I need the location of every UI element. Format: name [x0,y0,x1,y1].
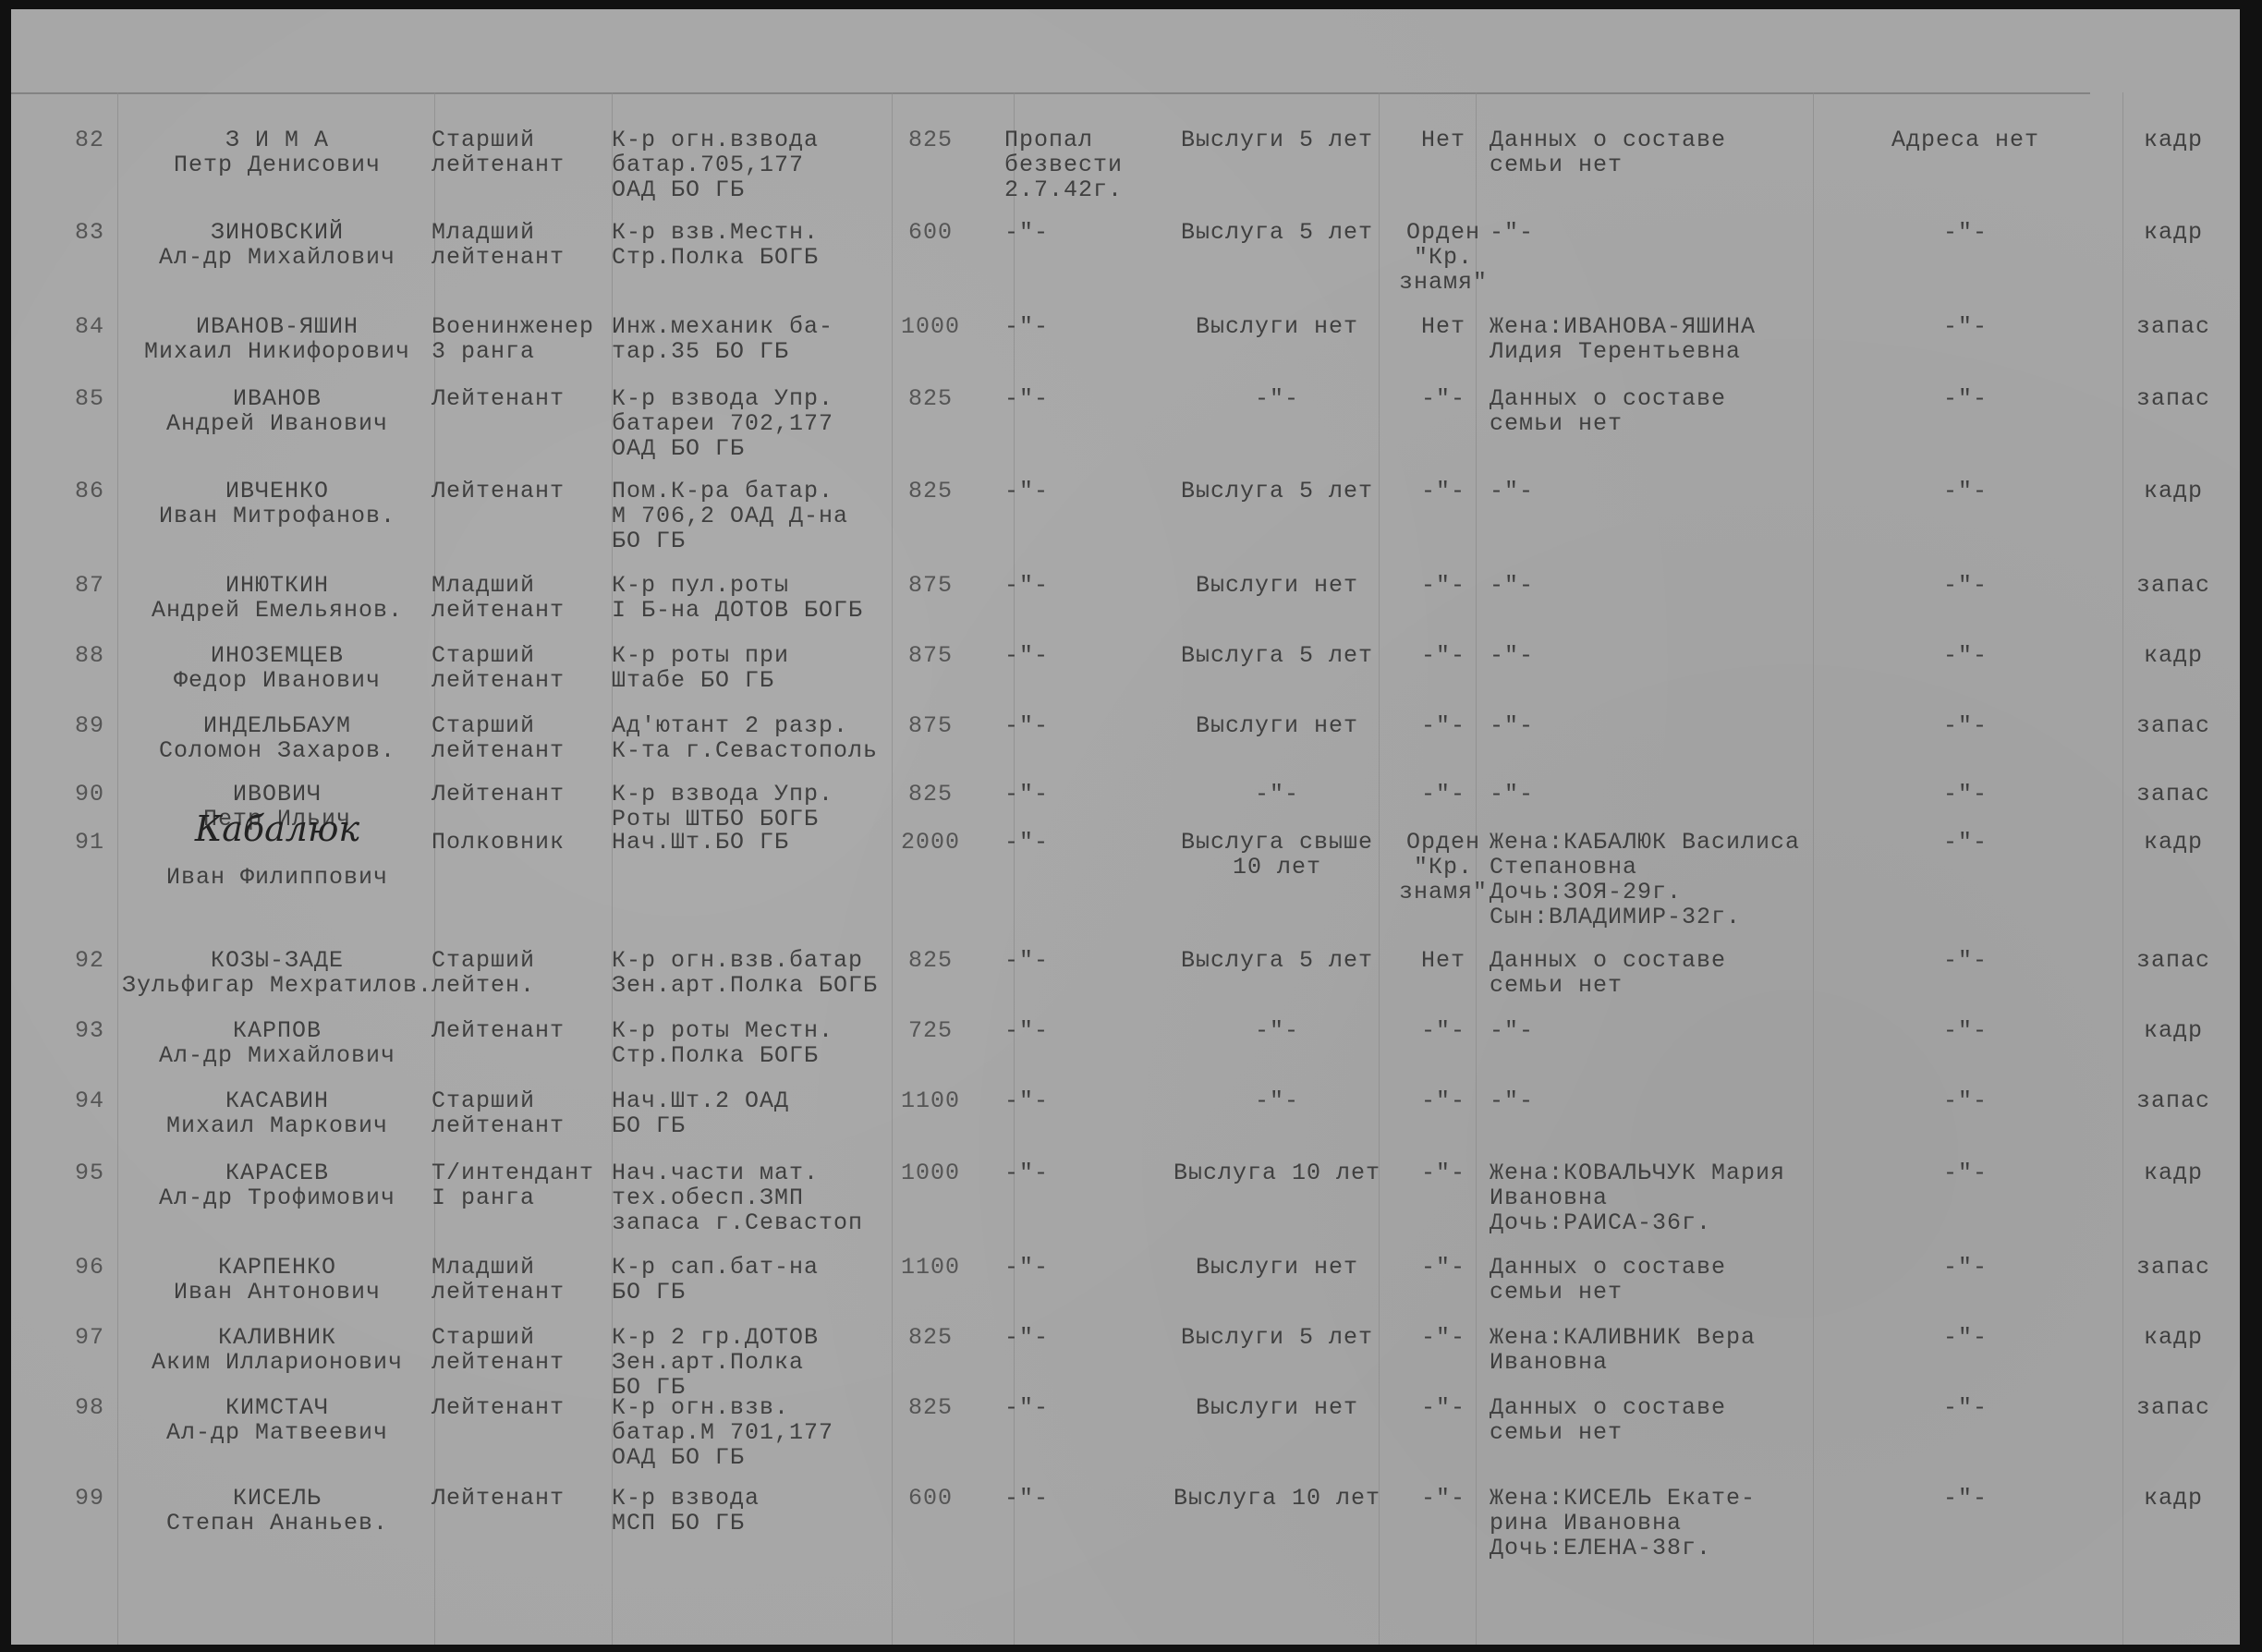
given-name: Ал-др Трофимович [120,1185,434,1210]
surname: КАРПЕНКО [120,1255,434,1280]
rank-cell: Старший лейтенант [432,128,616,177]
category-cell: кадр [2127,643,2219,668]
surname: ИНДЕЛЬБАУМ [120,713,434,738]
family-cell: -"- [1490,643,1822,668]
service-cell: Выслуга 5 лет [1157,220,1397,245]
salary-cell: 825 [875,1395,986,1420]
address-cell: -"- [1813,713,2118,738]
awards-cell: -"- [1392,1255,1494,1280]
position-cell: К-р роты Местн. Стр.Полка БОГБ [612,1018,917,1068]
family-cell: Данных о составе семьи нет [1490,386,1822,436]
address-cell: -"- [1813,948,2118,973]
salary-cell: 825 [875,479,986,504]
service-cell: Выслуга 5 лет [1157,948,1397,973]
no-cell: 99 [62,1486,117,1511]
surname: КАЛИВНИК [120,1325,434,1350]
rank-cell: Т/интендант I ранга [432,1160,616,1210]
status-cell: -"- [1004,713,1143,738]
awards-cell: Нет [1392,128,1494,152]
surname: КАСАВИН [120,1088,434,1113]
given-name: Степан Ананьев. [120,1511,434,1536]
address-cell: -"- [1813,314,2118,339]
address-cell: -"- [1813,1486,2118,1511]
service-cell: Выслуги нет [1157,1255,1397,1280]
status-cell: -"- [1004,220,1143,245]
surname: Кабалюк [120,817,434,842]
status-cell: -"- [1004,1395,1143,1420]
address-cell: -"- [1813,220,2118,245]
address-cell: -"- [1813,479,2118,504]
given-name: Соломон Захаров. [120,738,434,763]
no-cell: 86 [62,479,117,504]
family-cell: -"- [1490,220,1822,245]
given-name: Зульфигар Мехратилов. [120,973,434,998]
position-cell: Инж.механик ба- тар.35 БО ГБ [612,314,917,364]
rank-cell: Лейтенант [432,1018,616,1043]
status-cell: -"- [1004,479,1143,504]
no-cell: 88 [62,643,117,668]
awards-cell: Орден "Кр. знамя" [1392,830,1494,905]
service-cell: Выслуги нет [1157,713,1397,738]
surname: ИНЮТКИН [120,573,434,598]
no-cell: 82 [62,128,117,152]
table-top-rule [11,92,2090,94]
salary-cell: 2000 [875,830,986,855]
family-cell: Жена:КОВАЛЬЧУК Мария Ивановна Дочь:РАИСА… [1490,1160,1822,1235]
rank-cell: Лейтенант [432,1395,616,1420]
surname: КИСЕЛЬ [120,1486,434,1511]
awards-cell: -"- [1392,1486,1494,1511]
surname: КИМСТАЧ [120,1395,434,1420]
position-cell: Нач.части мат. тех.обесп.ЗМП запаса г.Се… [612,1160,917,1235]
salary-cell: 875 [875,643,986,668]
family-cell: Данных о составе семьи нет [1490,948,1822,998]
address-cell: -"- [1813,386,2118,411]
salary-cell: 1100 [875,1255,986,1280]
awards-cell: Нет [1392,948,1494,973]
salary-cell: 825 [875,782,986,807]
awards-cell: -"- [1392,1018,1494,1043]
given-name: Иван Митрофанов. [120,504,434,528]
no-cell: 85 [62,386,117,411]
position-cell: К-р огн.взвода батар.705,177 ОАД БО ГБ [612,128,917,202]
service-cell: Выслуга 10 лет [1157,1486,1397,1511]
surname: ИНОЗЕМЦЕВ [120,643,434,668]
service-cell: Выслуги нет [1157,1395,1397,1420]
surname: КАРАСЕВ [120,1160,434,1185]
service-cell: Выслуга 5 лет [1157,643,1397,668]
awards-cell: -"- [1392,1325,1494,1350]
surname: З И М А [120,128,434,152]
service-cell: -"- [1157,1088,1397,1113]
address-cell: -"- [1813,1018,2118,1043]
awards-cell: -"- [1392,1160,1494,1185]
category-cell: кадр [2127,128,2219,152]
position-cell: Нач.Шт.БО ГБ [612,830,917,855]
no-cell: 94 [62,1088,117,1113]
position-cell: К-р пул.роты I Б-на ДОТОВ БОГБ [612,573,917,623]
rank-cell: Военинженер 3 ранга [432,314,616,364]
address-cell: -"- [1813,1160,2118,1185]
address-cell: -"- [1813,1395,2118,1420]
no-cell: 97 [62,1325,117,1350]
no-cell: 96 [62,1255,117,1280]
salary-cell: 1000 [875,314,986,339]
given-name: Михаил Маркович [120,1113,434,1138]
status-cell: Пропал безвести 2.7.42г. [1004,128,1143,202]
status-cell: -"- [1004,1325,1143,1350]
given-name: Иван Антонович [120,1280,434,1305]
service-cell: Выслуги 5 лет [1157,128,1397,152]
given-name: Петр Денисович [120,152,434,177]
salary-cell: 825 [875,386,986,411]
status-cell: -"- [1004,782,1143,807]
category-cell: запас [2127,1395,2219,1420]
salary-cell: 875 [875,573,986,598]
given-name: Ал-др Михайлович [120,245,434,270]
service-cell: Выслуги нет [1157,573,1397,598]
address-cell: -"- [1813,1325,2118,1350]
given-name: Андрей Иванович [120,411,434,436]
category-cell: кадр [2127,1160,2219,1185]
service-cell: -"- [1157,1018,1397,1043]
position-cell: К-р роты при Штабе БО ГБ [612,643,917,693]
family-cell: -"- [1490,713,1822,738]
family-cell: -"- [1490,1018,1822,1043]
no-cell: 98 [62,1395,117,1420]
address-cell: Адреса нет [1813,128,2118,152]
category-cell: кадр [2127,479,2219,504]
position-cell: Ад'ютант 2 разр. К-та г.Севастополь [612,713,917,763]
status-cell: -"- [1004,1088,1143,1113]
family-cell: Жена:КАЛИВНИК Вера Ивановна [1490,1325,1822,1375]
surname: ИВОВИЧ [120,782,434,807]
awards-cell: -"- [1392,1088,1494,1113]
family-cell: Жена:КИСЕЛЬ Екате- рина Ивановна Дочь:ЕЛ… [1490,1486,1822,1561]
address-cell: -"- [1813,573,2118,598]
rank-cell: Старший лейтенант [432,643,616,693]
no-cell: 89 [62,713,117,738]
given-name: Ал-др Михайлович [120,1043,434,1068]
status-cell: -"- [1004,573,1143,598]
awards-cell: -"- [1392,782,1494,807]
status-cell: -"- [1004,1160,1143,1185]
given-name: Андрей Емельянов. [120,598,434,623]
no-cell: 95 [62,1160,117,1185]
no-cell: 87 [62,573,117,598]
no-cell: 92 [62,948,117,973]
no-cell: 91 [62,830,117,855]
salary-cell: 825 [875,948,986,973]
category-cell: кадр [2127,1325,2219,1350]
address-cell: -"- [1813,1088,2118,1113]
surname: ИВАНОВ [120,386,434,411]
column-rule [117,92,118,1645]
given-name: Михаил Никифорович [120,339,434,364]
family-cell: Жена:ИВАНОВА-ЯШИНА Лидия Терентьевна [1490,314,1822,364]
awards-cell: -"- [1392,643,1494,668]
salary-cell: 825 [875,1325,986,1350]
position-cell: Нач.Шт.2 ОАД БО ГБ [612,1088,917,1138]
salary-cell: 875 [875,713,986,738]
given-name: Ал-др Матвеевич [120,1420,434,1445]
position-cell: К-р взвода МСП БО ГБ [612,1486,917,1536]
address-cell: -"- [1813,782,2118,807]
given-name: Аким Илларионович [120,1350,434,1375]
category-cell: кадр [2127,1018,2219,1043]
awards-cell: Нет [1392,314,1494,339]
given-name: Иван Филиппович [120,865,434,890]
category-cell: кадр [2127,1486,2219,1511]
address-cell: -"- [1813,830,2118,855]
status-cell: -"- [1004,314,1143,339]
no-cell: 90 [62,782,117,807]
family-cell: Жена:КАБАЛЮК Василиса Степановна Дочь:ЗО… [1490,830,1822,929]
position-cell: К-р 2 гр.ДОТОВ Зен.арт.Полка БО ГБ [612,1325,917,1400]
rank-cell: Лейтенант [432,1486,616,1511]
position-cell: К-р огн.взв.батар Зен.арт.Полка БОГБ [612,948,917,998]
family-cell: Данных о составе семьи нет [1490,1395,1822,1445]
surname: ИВЧЕНКО [120,479,434,504]
rank-cell: Лейтенант [432,782,616,807]
rank-cell: Младший лейтенант [432,573,616,623]
no-cell: 84 [62,314,117,339]
rank-cell: Лейтенант [432,386,616,411]
family-cell: -"- [1490,782,1822,807]
family-cell: -"- [1490,573,1822,598]
awards-cell: -"- [1392,479,1494,504]
awards-cell: Орден "Кр. знамя" [1392,220,1494,295]
status-cell: -"- [1004,1018,1143,1043]
category-cell: запас [2127,573,2219,598]
category-cell: запас [2127,782,2219,807]
rank-cell: Лейтенант [432,479,616,504]
address-cell: -"- [1813,643,2118,668]
surname: ИВАНОВ-ЯШИН [120,314,434,339]
surname: ЗИНОВСКИЙ [120,220,434,245]
status-cell: -"- [1004,1486,1143,1511]
salary-cell: 725 [875,1018,986,1043]
category-cell: кадр [2127,830,2219,855]
category-cell: запас [2127,1088,2219,1113]
awards-cell: -"- [1392,1395,1494,1420]
salary-cell: 600 [875,220,986,245]
rank-cell: Старший лейтенант [432,1325,616,1375]
category-cell: запас [2127,713,2219,738]
category-cell: кадр [2127,220,2219,245]
service-cell: Выслуга 10 лет [1157,1160,1397,1185]
status-cell: -"- [1004,830,1143,855]
service-cell: Выслуга 5 лет [1157,479,1397,504]
family-cell: Данных о составе семьи нет [1490,128,1822,177]
service-cell: Выслуга свыше 10 лет [1157,830,1397,880]
awards-cell: -"- [1392,713,1494,738]
surname: КАРПОВ [120,1018,434,1043]
status-cell: -"- [1004,643,1143,668]
position-cell: К-р взв.Местн. Стр.Полка БОГБ [612,220,917,270]
category-cell: запас [2127,1255,2219,1280]
column-rule [2122,92,2123,1645]
category-cell: запас [2127,948,2219,973]
category-cell: запас [2127,314,2219,339]
awards-cell: -"- [1392,386,1494,411]
family-cell: -"- [1490,1088,1822,1113]
no-cell: 83 [62,220,117,245]
awards-cell: -"- [1392,573,1494,598]
category-cell: запас [2127,386,2219,411]
document-page: 82З И М АПетр ДенисовичСтарший лейтенант… [11,9,2240,1645]
salary-cell: 600 [875,1486,986,1511]
status-cell: -"- [1004,1255,1143,1280]
given-name: Федор Иванович [120,668,434,693]
rank-cell: Младший лейтенант [432,220,616,270]
status-cell: -"- [1004,948,1143,973]
rank-cell: Старший лейтенант [432,713,616,763]
position-cell: К-р взвода Упр. батареи 702,177 ОАД БО Г… [612,386,917,461]
salary-cell: 1000 [875,1160,986,1185]
rank-cell: Старший лейтен. [432,948,616,998]
position-cell: Пом.К-ра батар. М 706,2 ОАД Д-на БО ГБ [612,479,917,553]
rank-cell: Младший лейтенант [432,1255,616,1305]
position-cell: К-р сап.бат-на БО ГБ [612,1255,917,1305]
family-cell: -"- [1490,479,1822,504]
position-cell: К-р огн.взв. батар.М 701,177 ОАД БО ГБ [612,1395,917,1470]
salary-cell: 1100 [875,1088,986,1113]
status-cell: -"- [1004,386,1143,411]
salary-cell: 825 [875,128,986,152]
service-cell: Выслуги нет [1157,314,1397,339]
no-cell: 93 [62,1018,117,1043]
service-cell: -"- [1157,386,1397,411]
service-cell: -"- [1157,782,1397,807]
service-cell: Выслуги 5 лет [1157,1325,1397,1350]
address-cell: -"- [1813,1255,2118,1280]
rank-cell: Старший лейтенант [432,1088,616,1138]
position-cell: К-р взвода Упр. Роты ШТБО БОГБ [612,782,917,832]
rank-cell: Полковник [432,830,616,855]
surname: КОЗЫ-ЗАДЕ [120,948,434,973]
family-cell: Данных о составе семьи нет [1490,1255,1822,1305]
